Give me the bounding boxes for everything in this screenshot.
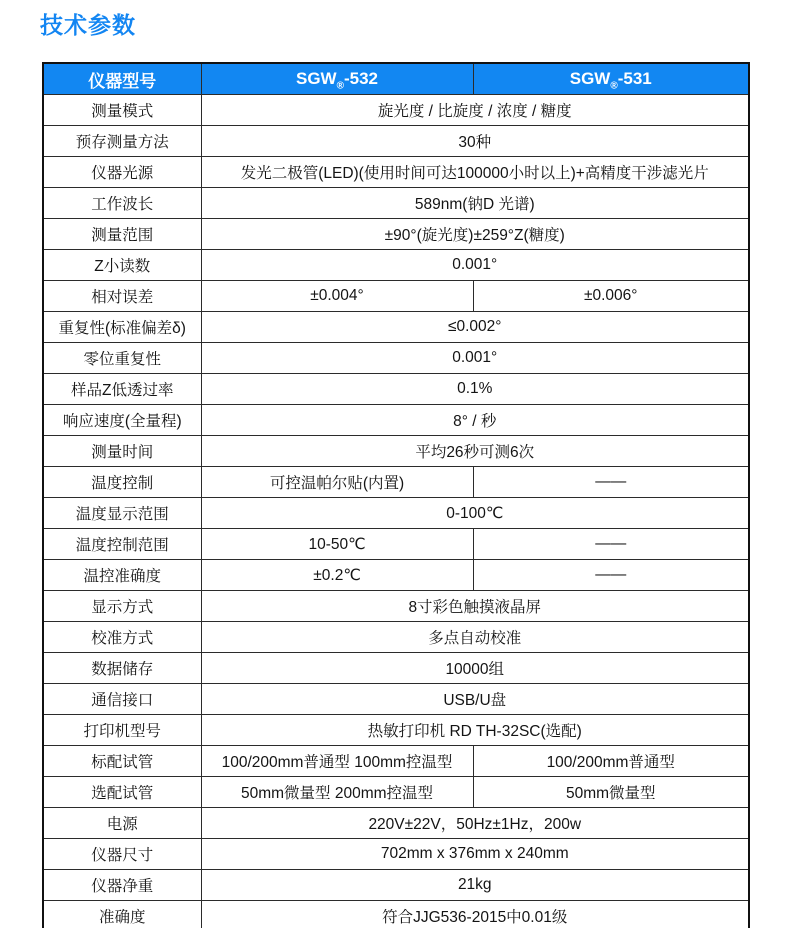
header-model-sgw531: SGW®-531 — [473, 63, 749, 95]
spec-row: 重复性(标准偏差δ)≤0.002° — [43, 312, 749, 343]
spec-value: 可控温帕尔贴(内置) — [201, 467, 473, 498]
spec-row: 选配试管50mm微量型 200mm控温型50mm微量型 — [43, 777, 749, 808]
spec-row: 电源220V±22V，50Hz±1Hz，200w — [43, 808, 749, 839]
spec-row: 仪器净重21kg — [43, 870, 749, 901]
spec-label: 相对误差 — [43, 281, 201, 312]
spec-row: 标配试管100/200mm普通型 100mm控温型100/200mm普通型 — [43, 746, 749, 777]
spec-value: ±0.2℃ — [201, 560, 473, 591]
spec-value: ±0.006° — [473, 281, 749, 312]
spec-value: 0.1% — [201, 374, 749, 405]
spec-label: 通信接口 — [43, 684, 201, 715]
spec-row: 数据储存10000组 — [43, 653, 749, 684]
spec-row: 温控准确度±0.2℃—— — [43, 560, 749, 591]
spec-row: 仪器尺寸702mm x 376mm x 240mm — [43, 839, 749, 870]
spec-value: 0-100℃ — [201, 498, 749, 529]
spec-label: 温度控制范围 — [43, 529, 201, 560]
spec-value: 21kg — [201, 870, 749, 901]
spec-page: 技术参数 仪器型号 SGW®-532 SGW®-531 测量模式旋光度 / 比旋… — [0, 0, 790, 928]
spec-value: 0.001° — [201, 343, 749, 374]
spec-value: —— — [473, 529, 749, 560]
spec-value: ±0.004° — [201, 281, 473, 312]
spec-label: 仪器尺寸 — [43, 839, 201, 870]
model-b-suffix: -531 — [618, 69, 652, 88]
spec-label: Z小读数 — [43, 250, 201, 281]
spec-value: —— — [473, 560, 749, 591]
spec-value: 平均26秒可测6次 — [201, 436, 749, 467]
registered-mark-icon: ® — [610, 80, 617, 91]
spec-value: 50mm微量型 200mm控温型 — [201, 777, 473, 808]
spec-row: 预存测量方法30种 — [43, 126, 749, 157]
spec-row: 相对误差±0.004°±0.006° — [43, 281, 749, 312]
spec-label: 测量模式 — [43, 95, 201, 126]
spec-value: 100/200mm普通型 100mm控温型 — [201, 746, 473, 777]
spec-value: 多点自动校准 — [201, 622, 749, 653]
spec-row: 样品Z低透过率0.1% — [43, 374, 749, 405]
spec-value: 589nm(钠D 光谱) — [201, 188, 749, 219]
page-title: 技术参数 — [40, 12, 136, 38]
table-header-row: 仪器型号 SGW®-532 SGW®-531 — [43, 63, 749, 95]
spec-value: 热敏打印机 RD TH-32SC(选配) — [201, 715, 749, 746]
spec-value: 50mm微量型 — [473, 777, 749, 808]
spec-value: ±90°(旋光度)±259°Z(糖度) — [201, 219, 749, 250]
spec-label: 准确度 — [43, 901, 201, 928]
spec-row: 校准方式多点自动校准 — [43, 622, 749, 653]
spec-label: 响应速度(全量程) — [43, 405, 201, 436]
spec-value: 发光二极管(LED)(使用时间可达100000小时以上)+高精度干涉滤光片 — [201, 157, 749, 188]
spec-label: 标配试管 — [43, 746, 201, 777]
spec-row: 通信接口USB/U盘 — [43, 684, 749, 715]
spec-label: 样品Z低透过率 — [43, 374, 201, 405]
model-b-name: SGW — [570, 69, 611, 88]
spec-value: USB/U盘 — [201, 684, 749, 715]
spec-value: 10000组 — [201, 653, 749, 684]
spec-row: 测量时间平均26秒可测6次 — [43, 436, 749, 467]
header-model-label: 仪器型号 — [43, 63, 201, 95]
spec-row: Z小读数0.001° — [43, 250, 749, 281]
spec-value: 702mm x 376mm x 240mm — [201, 839, 749, 870]
spec-label: 电源 — [43, 808, 201, 839]
spec-row: 工作波长589nm(钠D 光谱) — [43, 188, 749, 219]
spec-label: 温度显示范围 — [43, 498, 201, 529]
spec-label: 温控准确度 — [43, 560, 201, 591]
spec-value: 旋光度 / 比旋度 / 浓度 / 糖度 — [201, 95, 749, 126]
spec-row: 响应速度(全量程)8° / 秒 — [43, 405, 749, 436]
spec-row: 准确度符合JJG536-2015中0.01级 — [43, 901, 749, 928]
spec-label: 重复性(标准偏差δ) — [43, 312, 201, 343]
spec-value: —— — [473, 467, 749, 498]
spec-label: 仪器光源 — [43, 157, 201, 188]
spec-value: 30种 — [201, 126, 749, 157]
spec-row: 打印机型号热敏打印机 RD TH-32SC(选配) — [43, 715, 749, 746]
spec-label: 工作波长 — [43, 188, 201, 219]
spec-value: ≤0.002° — [201, 312, 749, 343]
spec-label: 测量时间 — [43, 436, 201, 467]
spec-row: 测量模式旋光度 / 比旋度 / 浓度 / 糖度 — [43, 95, 749, 126]
spec-label: 零位重复性 — [43, 343, 201, 374]
spec-label: 温度控制 — [43, 467, 201, 498]
spec-row: 测量范围±90°(旋光度)±259°Z(糖度) — [43, 219, 749, 250]
spec-label: 校准方式 — [43, 622, 201, 653]
header-model-sgw532: SGW®-532 — [201, 63, 473, 95]
spec-label: 测量范围 — [43, 219, 201, 250]
spec-row: 零位重复性0.001° — [43, 343, 749, 374]
model-a-name: SGW — [296, 69, 337, 88]
spec-row: 温度显示范围0-100℃ — [43, 498, 749, 529]
spec-value: 0.001° — [201, 250, 749, 281]
spec-label: 选配试管 — [43, 777, 201, 808]
spec-value: 8寸彩色触摸液晶屏 — [201, 591, 749, 622]
spec-label: 打印机型号 — [43, 715, 201, 746]
spec-row: 仪器光源发光二极管(LED)(使用时间可达100000小时以上)+高精度干涉滤光… — [43, 157, 749, 188]
spec-value: 8° / 秒 — [201, 405, 749, 436]
spec-value: 10-50℃ — [201, 529, 473, 560]
spec-label: 显示方式 — [43, 591, 201, 622]
model-a-suffix: -532 — [344, 69, 378, 88]
spec-label: 数据储存 — [43, 653, 201, 684]
spec-label: 预存测量方法 — [43, 126, 201, 157]
spec-row: 温度控制可控温帕尔贴(内置)—— — [43, 467, 749, 498]
spec-label: 仪器净重 — [43, 870, 201, 901]
spec-table: 仪器型号 SGW®-532 SGW®-531 测量模式旋光度 / 比旋度 / 浓… — [42, 62, 750, 928]
spec-row: 温度控制范围10-50℃—— — [43, 529, 749, 560]
spec-row: 显示方式8寸彩色触摸液晶屏 — [43, 591, 749, 622]
spec-value: 符合JJG536-2015中0.01级 — [201, 901, 749, 928]
spec-value: 220V±22V，50Hz±1Hz，200w — [201, 808, 749, 839]
spec-value: 100/200mm普通型 — [473, 746, 749, 777]
registered-mark-icon: ® — [337, 80, 344, 91]
